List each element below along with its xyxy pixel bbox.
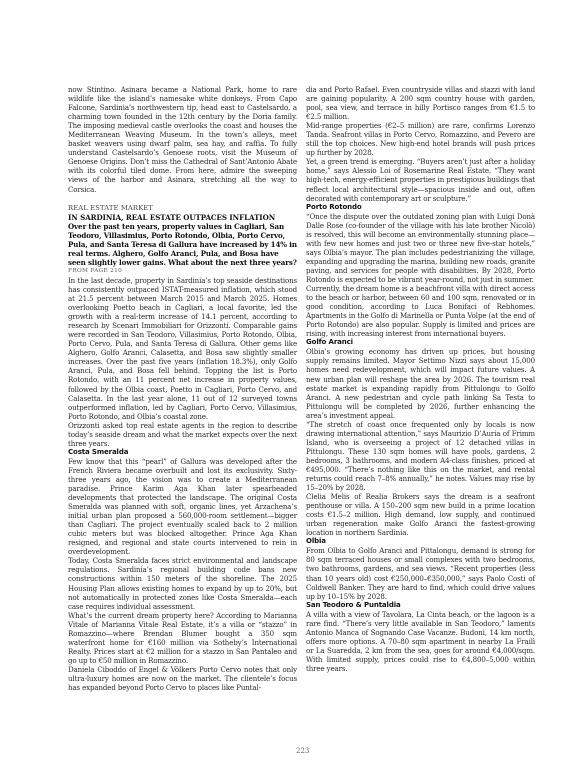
subhead-porto-rotondo: Porto Rotondo (306, 203, 535, 212)
page-number: 223 (296, 747, 309, 755)
subhead-costa-smeralda: Costa Smeralda (68, 448, 297, 457)
intro-paragraph: now Stintino. Asinara became a National … (68, 85, 297, 194)
body-paragraph: Few know that this “pearl” of Gallura wa… (68, 457, 297, 557)
body-paragraph: Daniela Ciboddo of Engel & Völkers Porto… (68, 665, 297, 692)
section-label: REAL ESTATE MARKET (68, 194, 297, 213)
body-paragraph: A villa with a view of Tavolara, La Cint… (306, 610, 535, 673)
body-paragraph: In the last decade, property in Sardinia… (68, 276, 297, 421)
subhead-golfo-aranci: Golfo Aranci (306, 338, 535, 347)
subhead-san-teodoro: San Teodoro & Puntaldia (306, 601, 535, 610)
body-paragraph: Orizzonti asked top real estate agents i… (68, 421, 297, 448)
body-paragraph: What’s the current dream property here? … (68, 611, 297, 665)
body-paragraph: Currently, the dream home is a beachfron… (306, 284, 535, 338)
body-paragraph: Clelia Melis of Realia Brokers says the … (306, 492, 535, 537)
body-paragraph: “Once the dispute over the outdated zoni… (306, 212, 535, 284)
body-paragraph: From Olbia to Golfo Aranci and Pittalong… (306, 546, 535, 600)
body-paragraph: Today, Costa Smeralda faces strict envir… (68, 556, 297, 610)
body-paragraph: Olbia’s growing economy has driven up pr… (306, 347, 535, 419)
left-column: now Stintino. Asinara became a National … (68, 85, 297, 692)
body-paragraph: Mid-range properties (€2–5 million) are … (306, 121, 535, 157)
right-column: dia and Porto Rafael. Even countryside v… (306, 85, 535, 673)
subhead-olbia: Olbia (306, 537, 535, 546)
article-deck: Over the past ten years, property values… (68, 222, 297, 267)
body-paragraph: dia and Porto Rafael. Even countryside v… (306, 85, 535, 121)
from-page-label: FROM PAGE 210 (68, 267, 297, 276)
body-paragraph: Yet, a green trend is emerging. “Buyers … (306, 157, 535, 202)
body-paragraph: “The stretch of coast once frequented on… (306, 420, 535, 492)
article-headline: IN SARDINIA, REAL ESTATE OUTPACES INFLAT… (68, 213, 297, 222)
